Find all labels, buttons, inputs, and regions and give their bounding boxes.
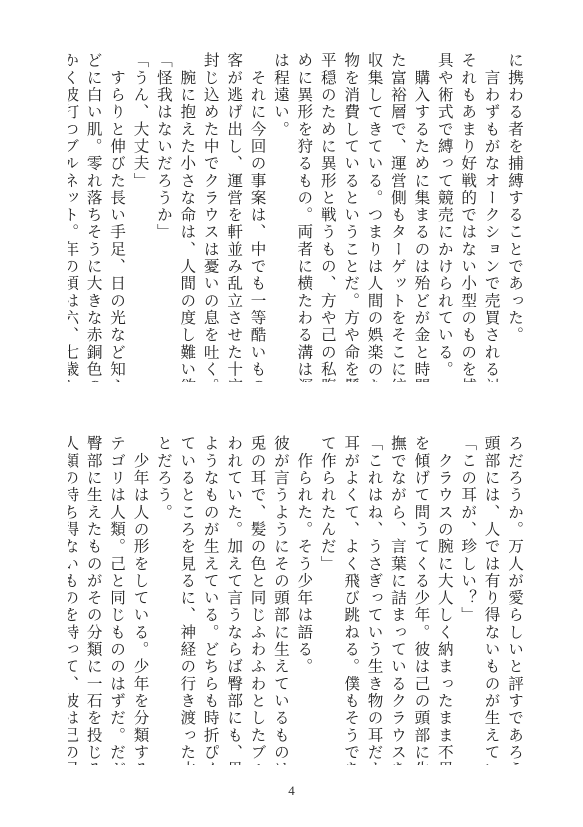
text-line: 少年は人の形をしている。少年を分類するならば、カ (128, 435, 151, 765)
text-line: クラウスの腕に大人しく納まったまま不思議そうに首 (432, 435, 455, 765)
dialogue-line: 「うん、大丈夫」 (128, 52, 151, 382)
text-line: テゴリは人類。己と同じもののはずだ。だがその頭部と (105, 435, 128, 765)
text-block-top: に携わる者を捕縛することであった。 言わずもがなオークションで売買される対象は異… (68, 52, 526, 382)
text-line: は程遠い。 (269, 52, 292, 382)
text-line: 平穏のために異形と戦うもの、方や己の私腹を肥やすた (315, 52, 338, 382)
text-line: 収集してきている。つまりは人間の娯楽のために、化け (362, 52, 385, 382)
page-number: 4 (0, 783, 583, 799)
text-line: 兎の耳で、髪の色と同じふわふわとしたブルネットに覆 (245, 435, 268, 765)
text-line: ろだろうか。万人が愛らしいと評すであろうその少年の (503, 435, 526, 765)
text-line: われていた。加えて言うならば臀部にも、黒く丸い尾の (222, 435, 245, 765)
text-line: とだろう。 (152, 435, 175, 765)
text-line: すらりと伸びた長い手足、日の光など知らぬと言うほ (105, 52, 128, 382)
text-line: 人類の持ち得ないものを持って、彼は己の目の前に立っ (68, 435, 81, 765)
text-line: た富裕層で、運営側もターゲットをそこに絞って獲物を (386, 52, 409, 382)
text-line: 腕に抱えた小さな命は、人間の度し難い欲望の証だ。 (175, 52, 198, 382)
text-line: ているところを見るに、神経の行き渡った本物というこ (175, 435, 198, 765)
dialogue-line: 「怪我はないだろうか」 (152, 52, 175, 382)
text-line: 具や術式で縛って競売にかけられている。 (432, 52, 455, 382)
text-line: 撫でながら、言葉に詰まっているクラウスを見上げた。 (386, 435, 409, 765)
text-line: 作られた。そう少年は語る。 (292, 435, 315, 765)
text-line: を傾げて問うてくる少年。彼は己の頭部に生えたものを (409, 435, 432, 765)
text-line: 物を消費しているということだ。方や命を懸けて人類の (339, 52, 362, 382)
text-line: 彼が言うようにその頭部に生えているものは間違いなく (269, 435, 292, 765)
dialogue-line: 耳がよくて、よく飛び跳ねる。僕もそうであるようにっ (339, 435, 362, 765)
text-line: めに異形を狩るもの。両者に横たわる溝は深く、理解に (292, 52, 315, 382)
text-line: 購入するために集まるのは殆どが金と時間を持て余し (409, 52, 432, 382)
text-line: それに今回の事案は、中でも一等酷いものであった。 (245, 52, 268, 382)
text-line: 言わずもがなオークションで売買される対象は異形。 (479, 52, 502, 382)
dialogue-line: て作られたんだ」 (315, 435, 338, 765)
text-line: 臀部に生えたものがその分類に一石を投じる。明らかに (81, 435, 104, 765)
text-line: に携わる者を捕縛することであった。 (503, 52, 526, 382)
dialogue-line: 「これはね、うさぎっていう生き物の耳だよ。小さくて、 (362, 435, 385, 765)
text-line: どに白い肌。零れ落ちそうに大きな赤銅色の眼。やわら (81, 52, 104, 382)
text-line: かく波打つブルネット。年の頃は六、七歳と言ったとこ (68, 52, 81, 382)
document-page: に携わる者を捕縛することであった。 言わずもがなオークションで売買される対象は異… (0, 0, 583, 827)
text-block-bottom: ろだろうか。万人が愛らしいと評すであろうその少年の 頭部には、人では有り得ないも… (68, 435, 526, 765)
text-line: 頭部には、人では有り得ないものが生えていた。 (479, 435, 502, 765)
text-line: 封じ込めた中でクラウスは憂いの息を吐く。 (198, 52, 221, 382)
text-line: 客が逃げ出し、運営を軒並み乱立させた十字架の檻に (222, 52, 245, 382)
text-line: ようなものが生えている。どちらも時折ぴくぴくと動い (198, 435, 221, 765)
text-line: それもあまり好戦的ではない小型のものを捕獲し、拘束 (456, 52, 479, 382)
dialogue-line: 「この耳が、珍しい？」 (456, 435, 479, 765)
